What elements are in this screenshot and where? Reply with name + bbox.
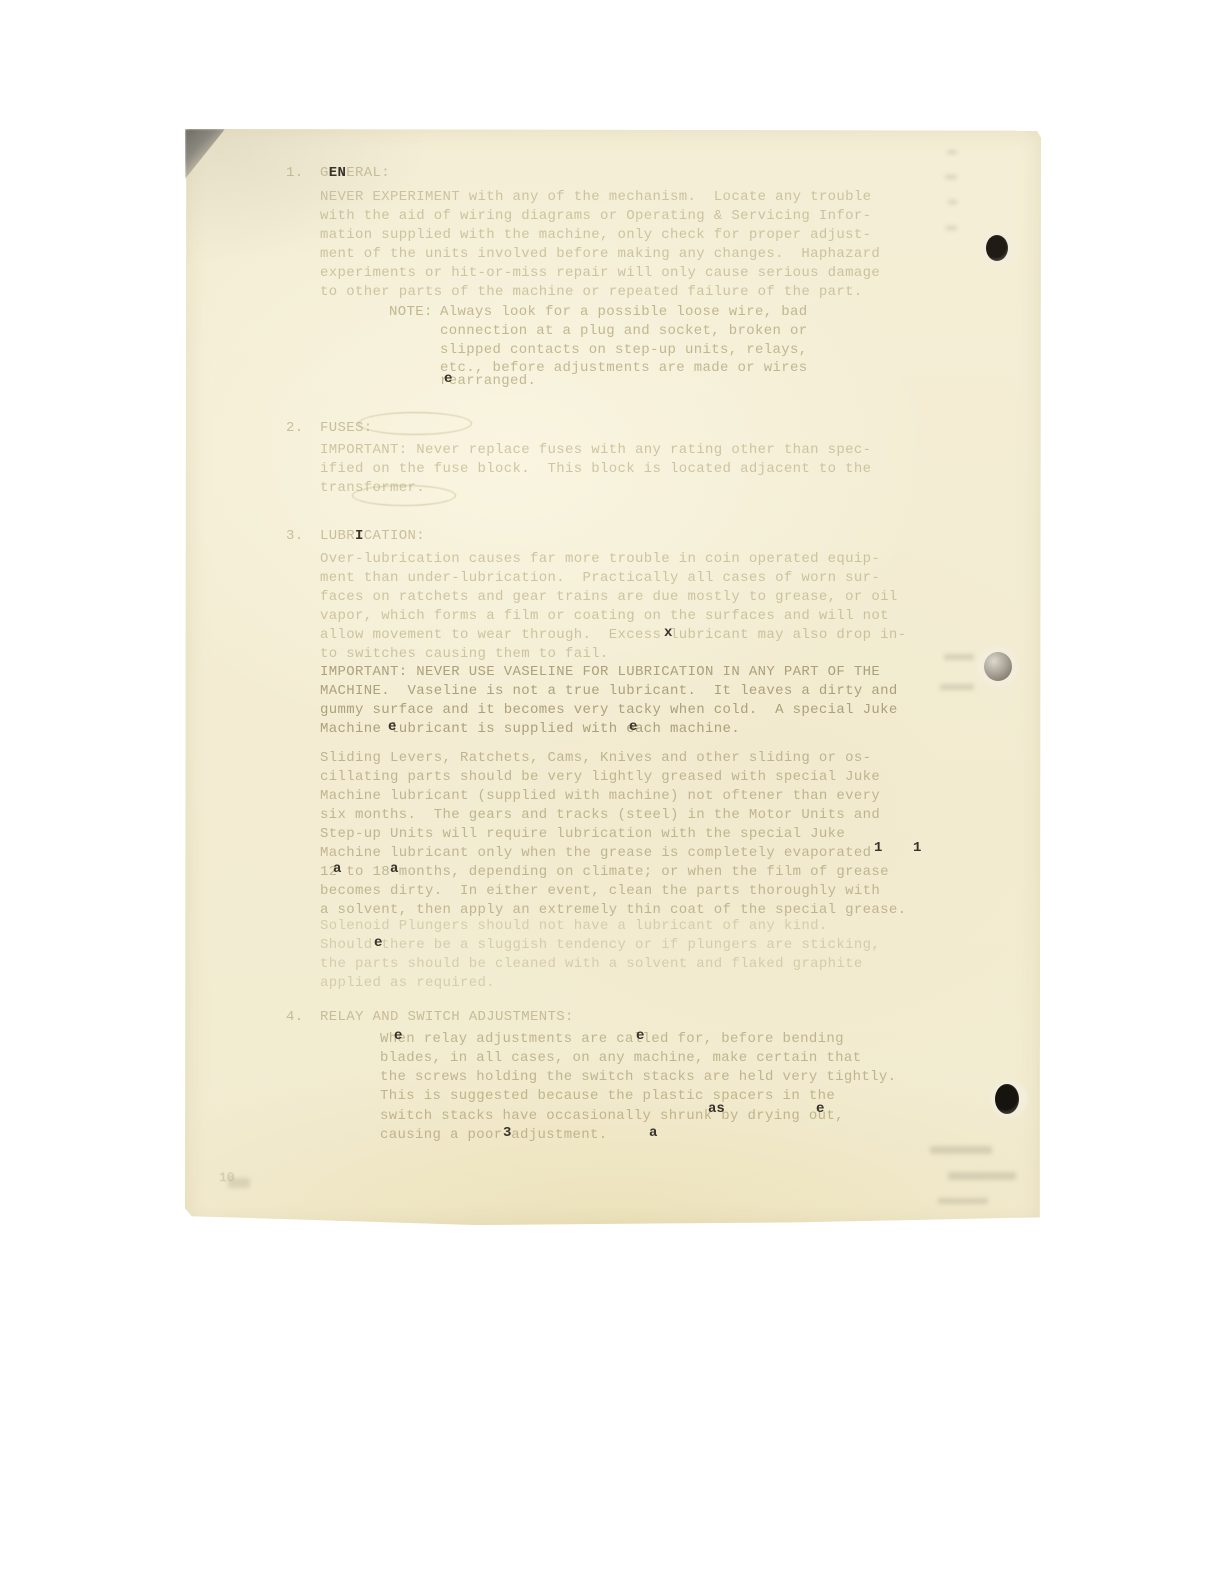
section-title-post: CATION: [364,528,425,544]
text-line: ified on the fuse block. This block is l… [320,460,871,479]
text-line: the screws holding the switch stacks are… [380,1068,896,1087]
text-line: applied as required. [320,974,495,993]
text-line: rearranged. [440,372,536,391]
section-title: RELAY AND SWITCH ADJUSTMENTS: [320,1008,574,1027]
text-line: NEVER EXPERIMENT with any of the mechani… [320,188,871,207]
text-line: ment than under-lubrication. Practically… [320,569,880,588]
text-line: Machine lubricant is supplied with each … [320,720,740,739]
bleed-through-mark [945,175,957,179]
text-line: connection at a plug and socket, broken … [440,322,808,341]
dark-typed-character: e [388,719,396,735]
section-title-pre: FUSES: [320,420,373,436]
dark-typed-character: e [444,371,452,387]
section-title-dark: I [355,528,364,544]
text-line: with the aid of wiring diagrams or Opera… [320,207,871,226]
bleed-through-mark [948,1172,1016,1180]
dark-typed-character: x [664,625,672,641]
text-line: six months. The gears and tracks (steel)… [320,806,880,825]
text-line: IMPORTANT: Never replace fuses with any … [320,441,871,460]
text-line: MACHINE. Vaseline is not a true lubrican… [320,682,898,701]
section-title: LUBRICATION: [320,527,425,546]
section-title-pre: G [320,165,329,181]
section-number: 2. [286,419,304,438]
text-line: Should there be a sluggish tendency or i… [320,936,880,955]
dark-typed-character: a [333,861,341,877]
pencil-oval-annotation [358,412,472,435]
page-number: 10 [219,1170,235,1185]
hole-punch-middle [979,648,1017,686]
section-title: FUSES: [320,419,373,438]
dark-typed-character: e [816,1101,824,1117]
bleed-through-mark [947,150,957,154]
bleed-through-mark [944,654,974,660]
dark-typed-character: as [708,1101,725,1117]
section-title-pre: RELAY AND SWITCH ADJUSTMENTS: [320,1009,574,1025]
dark-typed-character: e [394,1028,402,1044]
text-line: Solenoid Plungers should not have a lubr… [320,917,828,936]
text-line: IMPORTANT: NEVER USE VASELINE FOR LUBRIC… [320,663,880,682]
bleed-through-mark [940,684,974,690]
dark-typed-character: a [390,861,398,877]
text-line: experiments or hit-or-miss repair will o… [320,264,880,283]
section-number: 4. [286,1008,304,1027]
text-line: blades, in all cases, on any machine, ma… [380,1049,861,1068]
text-line: This is suggested because the plastic sp… [380,1087,835,1106]
note-label: NOTE: [389,303,433,322]
text-line: becomes dirty. In either event, clean th… [320,882,880,901]
dark-typed-character: e [374,935,382,951]
bleed-through-mark [946,226,957,230]
section-number: 3. [286,527,304,546]
text-line: Machine lubricant (supplied with machine… [320,787,880,806]
bleed-through-mark [930,1146,992,1154]
bleed-through-mark [948,200,957,204]
hole-punch-bottom [988,1078,1030,1120]
text-line: When relay adjustments are called for, b… [380,1030,844,1049]
section-title-dark: EN [329,165,347,181]
text-line: cillating parts should be very lightly g… [320,768,880,787]
dark-typed-character: 3 [503,1125,511,1141]
text-line: Sliding Levers, Ratchets, Cams, Knives a… [320,749,871,768]
section-title-pre: LUBR [320,528,355,544]
bleed-through-mark [938,1198,988,1204]
text-line: transformer. [320,479,425,498]
text-line: to other parts of the machine or repeate… [320,283,863,302]
section-title-post: ERAL: [346,165,390,181]
hole-punch-top [978,228,1018,268]
section-title: GENERAL: [320,164,390,183]
text-line: 12 to 18 months, depending on climate; o… [320,863,889,882]
text-line: Machine lubricant only when the grease i… [320,844,871,863]
text-line: Step-up Units will require lubrication w… [320,825,845,844]
text-line: faces on ratchets and gear trains are du… [320,588,898,607]
section-number: 1. [286,164,304,183]
text-line: Over-lubrication causes far more trouble… [320,550,880,569]
text-line: mation supplied with the machine, only c… [320,226,871,245]
dark-typed-character: a [649,1125,657,1141]
text-line: switch stacks have occasionally shrunk b… [380,1107,844,1126]
text-line: slipped contacts on step-up units, relay… [440,341,808,360]
text-line: vapor, which forms a film or coating on … [320,607,889,626]
dark-typed-character: e [636,1028,644,1044]
dark-typed-character: e [629,719,637,735]
scan-background: { "doc": { "page_number": "10", "section… [0,0,1227,1586]
text-line: allow movement to wear through. Excess l… [320,626,906,645]
text-line: causing a poor adjustment. [380,1126,608,1145]
dark-typed-character: 1 [874,840,882,856]
text-line: Always look for a possible loose wire, b… [440,303,808,322]
text-line: to switches causing them to fail. [320,645,609,664]
text-line: the parts should be cleaned with a solve… [320,955,863,974]
text-line: gummy surface and it becomes very tacky … [320,701,898,720]
text-line: ment of the units involved before making… [320,245,880,264]
dark-typed-character: 1 [913,840,921,856]
